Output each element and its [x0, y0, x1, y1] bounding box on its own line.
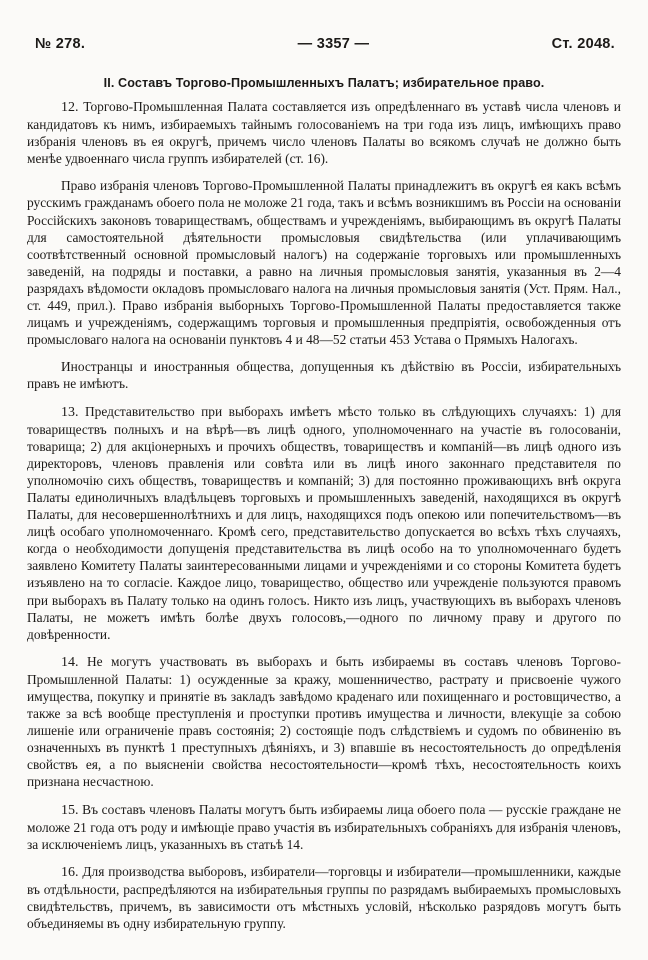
- article-text: Для производства выборовъ, избиратели—то…: [27, 864, 621, 931]
- article-number-label: 15.: [61, 803, 79, 818]
- document-page: № 278. — 3357 — Ст. 2048. II. Составъ То…: [0, 0, 648, 960]
- article-number-label: 13.: [61, 405, 79, 420]
- article-12-foreigners: Иностранцы и иностранныя общества, допущ…: [27, 358, 621, 392]
- running-header: № 278. — 3357 — Ст. 2048.: [27, 36, 621, 58]
- article-number: Ст. 2048.: [552, 36, 615, 52]
- article-number-label: 16.: [61, 865, 79, 880]
- article-14: 14. Не могутъ участвовать въ выборахъ и …: [27, 653, 621, 791]
- page-number: — 3357 —: [298, 36, 370, 52]
- paragraph-text: Право избранія членовъ Торгово-Промышлен…: [27, 178, 621, 347]
- article-text: Представительство при выборахъ имѣетъ мѣ…: [27, 404, 621, 642]
- paragraph-text: Иностранцы и иностранныя общества, допущ…: [27, 359, 621, 391]
- article-number-label: 14.: [61, 655, 79, 670]
- article-16: 16. Для производства выборовъ, избирател…: [27, 863, 621, 932]
- article-text: Въ составъ членовъ Палаты могутъ быть из…: [27, 802, 621, 852]
- article-12-voting-right: Право избранія членовъ Торгово-Промышлен…: [27, 177, 621, 348]
- article-15: 15. Въ составъ членовъ Палаты могутъ быт…: [27, 801, 621, 853]
- article-text: Торгово-Промышленная Палата составляется…: [27, 99, 621, 166]
- issue-number: № 278.: [35, 36, 85, 52]
- section-title: II. Составъ Торгово-Промышленныхъ Палатъ…: [27, 76, 621, 90]
- article-number-label: 12.: [61, 100, 79, 115]
- article-12: 12. Торгово-Промышленная Палата составля…: [27, 98, 621, 167]
- article-text: Не могутъ участвовать въ выборахъ и быть…: [27, 654, 621, 790]
- article-13: 13. Представительство при выборахъ имѣет…: [27, 403, 621, 643]
